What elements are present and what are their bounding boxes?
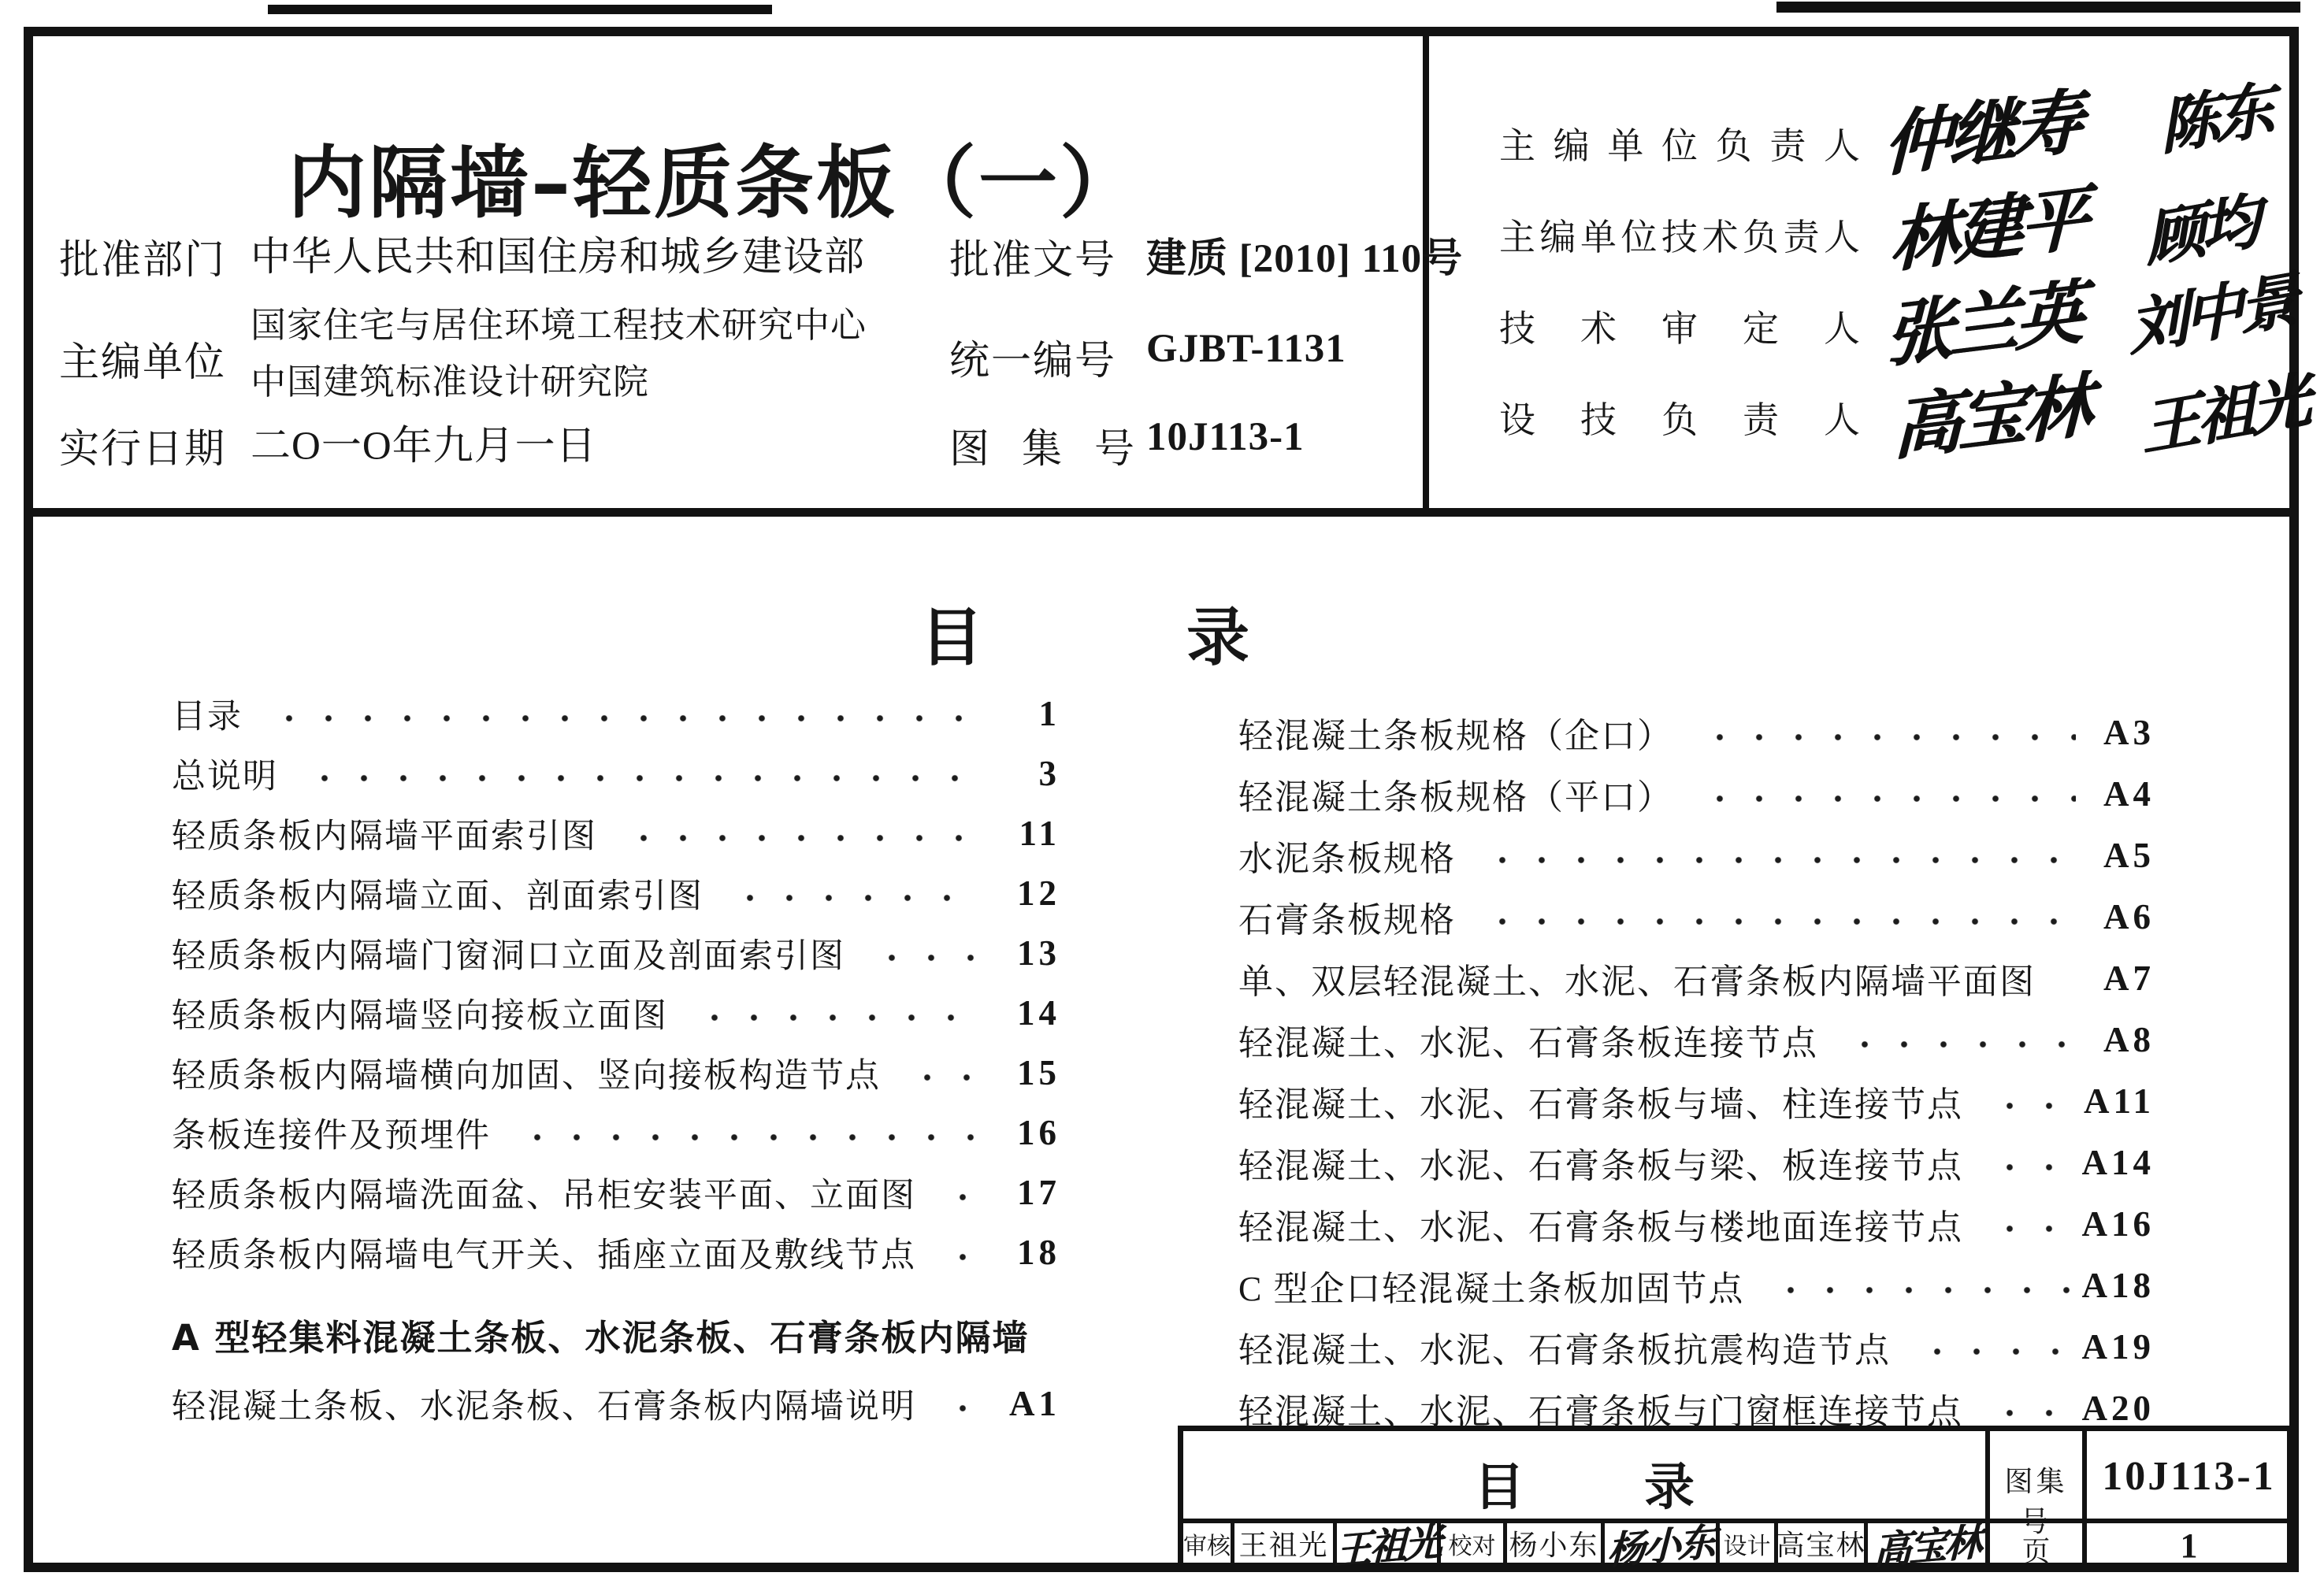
- toc-item: 轻混凝土、水泥、石膏条板抗震构造节点A19: [1238, 1316, 2155, 1378]
- toc-item: 轻质条板内隔墙电气开关、插座立面及敷线节点18: [172, 1222, 1060, 1282]
- toc-page-number: A3: [2082, 712, 2155, 753]
- toc-dot-leader: [935, 1222, 982, 1282]
- toc-page-number: 18: [988, 1232, 1060, 1273]
- toc-item-title: 轻质条板内隔墙立面、剖面索引图: [172, 870, 704, 918]
- toc-item-title: 轻混凝土条板规格（平口）: [1238, 769, 1673, 819]
- toc-item-title: 轻质条板内隔墙门窗洞口立面及剖面索引图: [172, 929, 845, 977]
- toc-page-number: 13: [988, 933, 1060, 974]
- chief-unit-tech-principal-label: 主编单位技术负责人: [1499, 209, 1860, 261]
- toc-item-title: 轻混凝土条板规格（企口）: [1238, 707, 1673, 758]
- toc-page-number: A11: [2082, 1081, 2155, 1122]
- toc-item-title: 石膏条板规格: [1238, 892, 1456, 942]
- designer-name: 高宝林: [1776, 1523, 1866, 1563]
- toc-heading: 目 录: [920, 587, 1249, 677]
- toc-dot-leader: [900, 1043, 982, 1103]
- toc-page-number: A7: [2082, 958, 2155, 999]
- proofreader-name: 杨小东: [1509, 1523, 1598, 1563]
- header-body-divider-line: [28, 508, 2297, 517]
- toc-dot-leader: [262, 684, 982, 744]
- toc-dot-leader: [297, 744, 982, 803]
- chief-editor-value-line1: 国家住宅与居住环境工程技术研究中心: [251, 296, 867, 347]
- toc-page-number: A5: [2082, 835, 2155, 876]
- toc-dot-leader: [1982, 1132, 2076, 1193]
- toc-page-number: 16: [988, 1112, 1060, 1153]
- tech-examiner-label: 技术审定人: [1499, 300, 1860, 352]
- reviewer-label: 审核: [1183, 1526, 1231, 1561]
- toc-item: 水泥条板规格A5: [1238, 825, 2155, 886]
- toc-item-title: 目录: [172, 690, 243, 738]
- toc-item: 轻质条板内隔墙立面、剖面索引图12: [172, 863, 1060, 923]
- toc-item: 轻混凝土、水泥、石膏条板与楼地面连接节点A16: [1238, 1193, 2155, 1255]
- toc-dot-leader: [1692, 763, 2076, 825]
- toc-dot-leader: [1837, 1009, 2076, 1070]
- reviewer-signature-cell: 王祖光: [1333, 1523, 1437, 1563]
- toc-dot-leader: [864, 923, 982, 983]
- page-no-cell-label: 页: [1990, 1530, 2082, 1570]
- toc-item: 轻混凝土条板规格（企口）A3: [1238, 702, 2155, 763]
- toc-item: 轻混凝土、水泥、石膏条板与梁、板连接节点A14: [1238, 1132, 2155, 1193]
- toc-dot-leader: [616, 803, 982, 863]
- toc-page-number: A6: [2082, 896, 2155, 937]
- toc-item: 条板连接件及预埋件16: [172, 1103, 1060, 1163]
- toc-item-title: 轻混凝土、水泥、石膏条板与楼地面连接节点: [1238, 1199, 1963, 1249]
- toc-item: 石膏条板规格A6: [1238, 886, 2155, 948]
- toc-heading-char: 目: [920, 587, 983, 677]
- approval-doc-no-label: 批准文号: [949, 227, 1116, 285]
- approval-dept-label: 批准部门: [59, 227, 226, 285]
- proofreader-label-cell: 校对: [1437, 1523, 1503, 1563]
- toc-item: 轻质条板内隔墙门窗洞口立面及剖面索引图13: [172, 923, 1060, 983]
- unified-no-value: GJBT-1131: [1146, 326, 1346, 372]
- scan-artifact: [268, 5, 772, 14]
- atlas-toc-page: 内隔墙–轻质条板（一） 批准部门 中华人民共和国住房和城乡建设部 主编单位 国家…: [0, 0, 2324, 1591]
- toc-item-title: 水泥条板规格: [1238, 830, 1456, 881]
- toc-heading-char: 录: [1186, 587, 1249, 677]
- chief-unit-principal-label: 主编单位负责人: [1499, 117, 1860, 169]
- sheet-title-char: 录: [1644, 1447, 1695, 1519]
- toc-page-number: A1: [988, 1383, 1060, 1424]
- toc-dot-leader: [1982, 1193, 2076, 1255]
- toc-dot-leader: [1910, 1316, 2076, 1378]
- design-tech-principal-label: 设技负责人: [1499, 391, 1860, 443]
- reviewer-signature: 王祖光: [1334, 1511, 1441, 1575]
- toc-item-title: 轻质条板内隔墙平面索引图: [172, 810, 597, 858]
- toc-page-number: A4: [2082, 773, 2155, 814]
- toc-dot-leader: [510, 1103, 982, 1163]
- reviewer-label-cell: 审核: [1183, 1523, 1231, 1563]
- scan-artifact: [1776, 2, 2300, 13]
- atlas-no-cell-value: 10J113-1: [2087, 1453, 2291, 1500]
- designer-signature-cell: 高宝林: [1864, 1523, 1985, 1563]
- toc-page-number: 1: [988, 693, 1060, 734]
- toc-item-title: 轻质条板内隔墙横向加固、竖向接板构造节点: [172, 1049, 881, 1097]
- toc-item: 轻混凝土条板规格（平口）A4: [1238, 763, 2155, 825]
- designer-name-cell: 高宝林: [1774, 1523, 1864, 1563]
- toc-page-number: A20: [2082, 1388, 2155, 1429]
- toc-item: 轻质条板内隔墙洗面盆、吊柜安装平面、立面图17: [172, 1163, 1060, 1222]
- toc-page-number: 12: [988, 873, 1060, 914]
- toc-section-header: A 型轻集料混凝土条板、水泥条板、石膏条板内隔墙: [172, 1304, 1060, 1364]
- toc-item: 轻混凝土条板、水泥条板、石膏条板内隔墙说明A1: [172, 1374, 1060, 1433]
- toc-item-title: A 型轻集料混凝土条板、水泥条板、石膏条板内隔墙: [172, 1309, 1030, 1360]
- toc-dot-leader: [935, 1374, 982, 1433]
- toc-item-title: 轻混凝土、水泥、石膏条板与墙、柱连接节点: [1238, 1076, 1963, 1126]
- toc-item-title: 单、双层轻混凝土、水泥、石膏条板内隔墙平面图: [1238, 953, 2036, 1003]
- toc-page-number: 11: [988, 813, 1060, 854]
- toc-item-title: 轻混凝土、水泥、石膏条板连接节点: [1238, 1014, 1818, 1065]
- effective-date-value: 二O一O年九月一日: [251, 413, 597, 471]
- chief-editor-label: 主编单位: [59, 329, 226, 388]
- atlas-no-value: 10J113-1: [1146, 414, 1305, 460]
- title-block: 目 录 图集号 10J113-1 页 1 审核 王祖光 王祖光 校对 杨小东 杨…: [1178, 1426, 2292, 1569]
- approval-dept-value: 中华人民共和国住房和城乡建设部: [251, 224, 865, 282]
- proofreader-signature-cell: 杨小东: [1601, 1523, 1716, 1563]
- toc-item: 轻质条板内隔墙横向加固、竖向接板构造节点15: [172, 1043, 1060, 1103]
- toc-page-number: 15: [988, 1052, 1060, 1093]
- toc-item: 轻混凝土、水泥、石膏条板连接节点A8: [1238, 1009, 2155, 1070]
- proofreader-signature: 杨小东: [1607, 1511, 1714, 1575]
- atlas-no-cell-label: 图集号: [1990, 1459, 2082, 1540]
- toc-page-number: A14: [2082, 1142, 2155, 1183]
- toc-item-title: 轻质条板内隔墙洗面盆、吊柜安装平面、立面图: [172, 1169, 916, 1217]
- toc-page-number: A18: [2082, 1265, 2155, 1306]
- toc-item-title: 轻混凝土、水泥、石膏条板与梁、板连接节点: [1238, 1137, 1963, 1188]
- toc-item: 总说明3: [172, 744, 1060, 803]
- toc-item-title: 轻质条板内隔墙竖向接板立面图: [172, 989, 668, 1037]
- toc-dot-leader: [687, 983, 982, 1043]
- toc-dot-leader: [1982, 1070, 2076, 1132]
- designer-label: 设计: [1724, 1526, 1771, 1561]
- toc-item: 轻质条板内隔墙竖向接板立面图14: [172, 983, 1060, 1043]
- designer-label-cell: 设计: [1716, 1523, 1774, 1563]
- toc-dot-leader: [1475, 825, 2076, 886]
- toc-page-number: A19: [2082, 1326, 2155, 1367]
- toc-page-number: A8: [2082, 1019, 2155, 1060]
- toc-page-number: 3: [988, 753, 1060, 794]
- toc-item-title: 轻混凝土条板、水泥条板、石膏条板内隔墙说明: [172, 1380, 916, 1428]
- toc-dot-leader: [1475, 886, 2076, 948]
- reviewer-name-cell: 王祖光: [1231, 1523, 1333, 1563]
- effective-date-label: 实行日期: [59, 416, 226, 474]
- toc-item-title: 条板连接件及预埋件: [172, 1109, 491, 1157]
- proofreader-name-cell: 杨小东: [1503, 1523, 1601, 1563]
- toc-dot-leader: [2055, 948, 2076, 1009]
- chief-editor-value-line2: 中国建筑标准设计研究院: [251, 353, 649, 404]
- toc-page-number: 17: [988, 1172, 1060, 1213]
- sheet-title-char: 目: [1474, 1447, 1524, 1519]
- toc-item-title: 轻质条板内隔墙电气开关、插座立面及敷线节点: [172, 1229, 916, 1277]
- toc-dot-leader: [722, 863, 982, 923]
- document-title: 内隔墙–轻质条板（一）: [288, 120, 1141, 233]
- unified-no-label: 统一编号: [949, 328, 1116, 386]
- toc-item: 目录1: [172, 684, 1060, 744]
- toc-dot-leader: [1692, 702, 2076, 763]
- toc-page-number: 14: [988, 992, 1060, 1033]
- toc-item: 单、双层轻混凝土、水泥、石膏条板内隔墙平面图A7: [1238, 948, 2155, 1009]
- atlas-no-label: 图集号: [949, 416, 1136, 474]
- toc-item-title: 轻混凝土、水泥、石膏条板抗震构造节点: [1238, 1322, 1891, 1372]
- toc-dot-leader: [1763, 1255, 2075, 1316]
- toc-item: 轻质条板内隔墙平面索引图11: [172, 803, 1060, 863]
- title-block-sheet-title: 目 录: [1183, 1447, 1985, 1519]
- reviewer-name: 王祖光: [1238, 1523, 1328, 1563]
- designer-signature: 高宝林: [1873, 1511, 1981, 1575]
- toc-item-title: C 型企口轻混凝土条板加固节点: [1238, 1260, 1744, 1311]
- toc-item: 轻混凝土、水泥、石膏条板与墙、柱连接节点A11: [1238, 1070, 2155, 1132]
- toc-item: C 型企口轻混凝土条板加固节点A18: [1238, 1255, 2155, 1316]
- proofreader-label: 校对: [1449, 1526, 1496, 1561]
- approval-doc-no-value: 建质 [2010] 110号: [1146, 225, 1463, 284]
- toc-page-number: A16: [2082, 1203, 2155, 1244]
- toc-item-title: 总说明: [172, 750, 278, 798]
- page-no-cell-value: 1: [2087, 1526, 2291, 1566]
- toc-dot-leader: [935, 1163, 982, 1222]
